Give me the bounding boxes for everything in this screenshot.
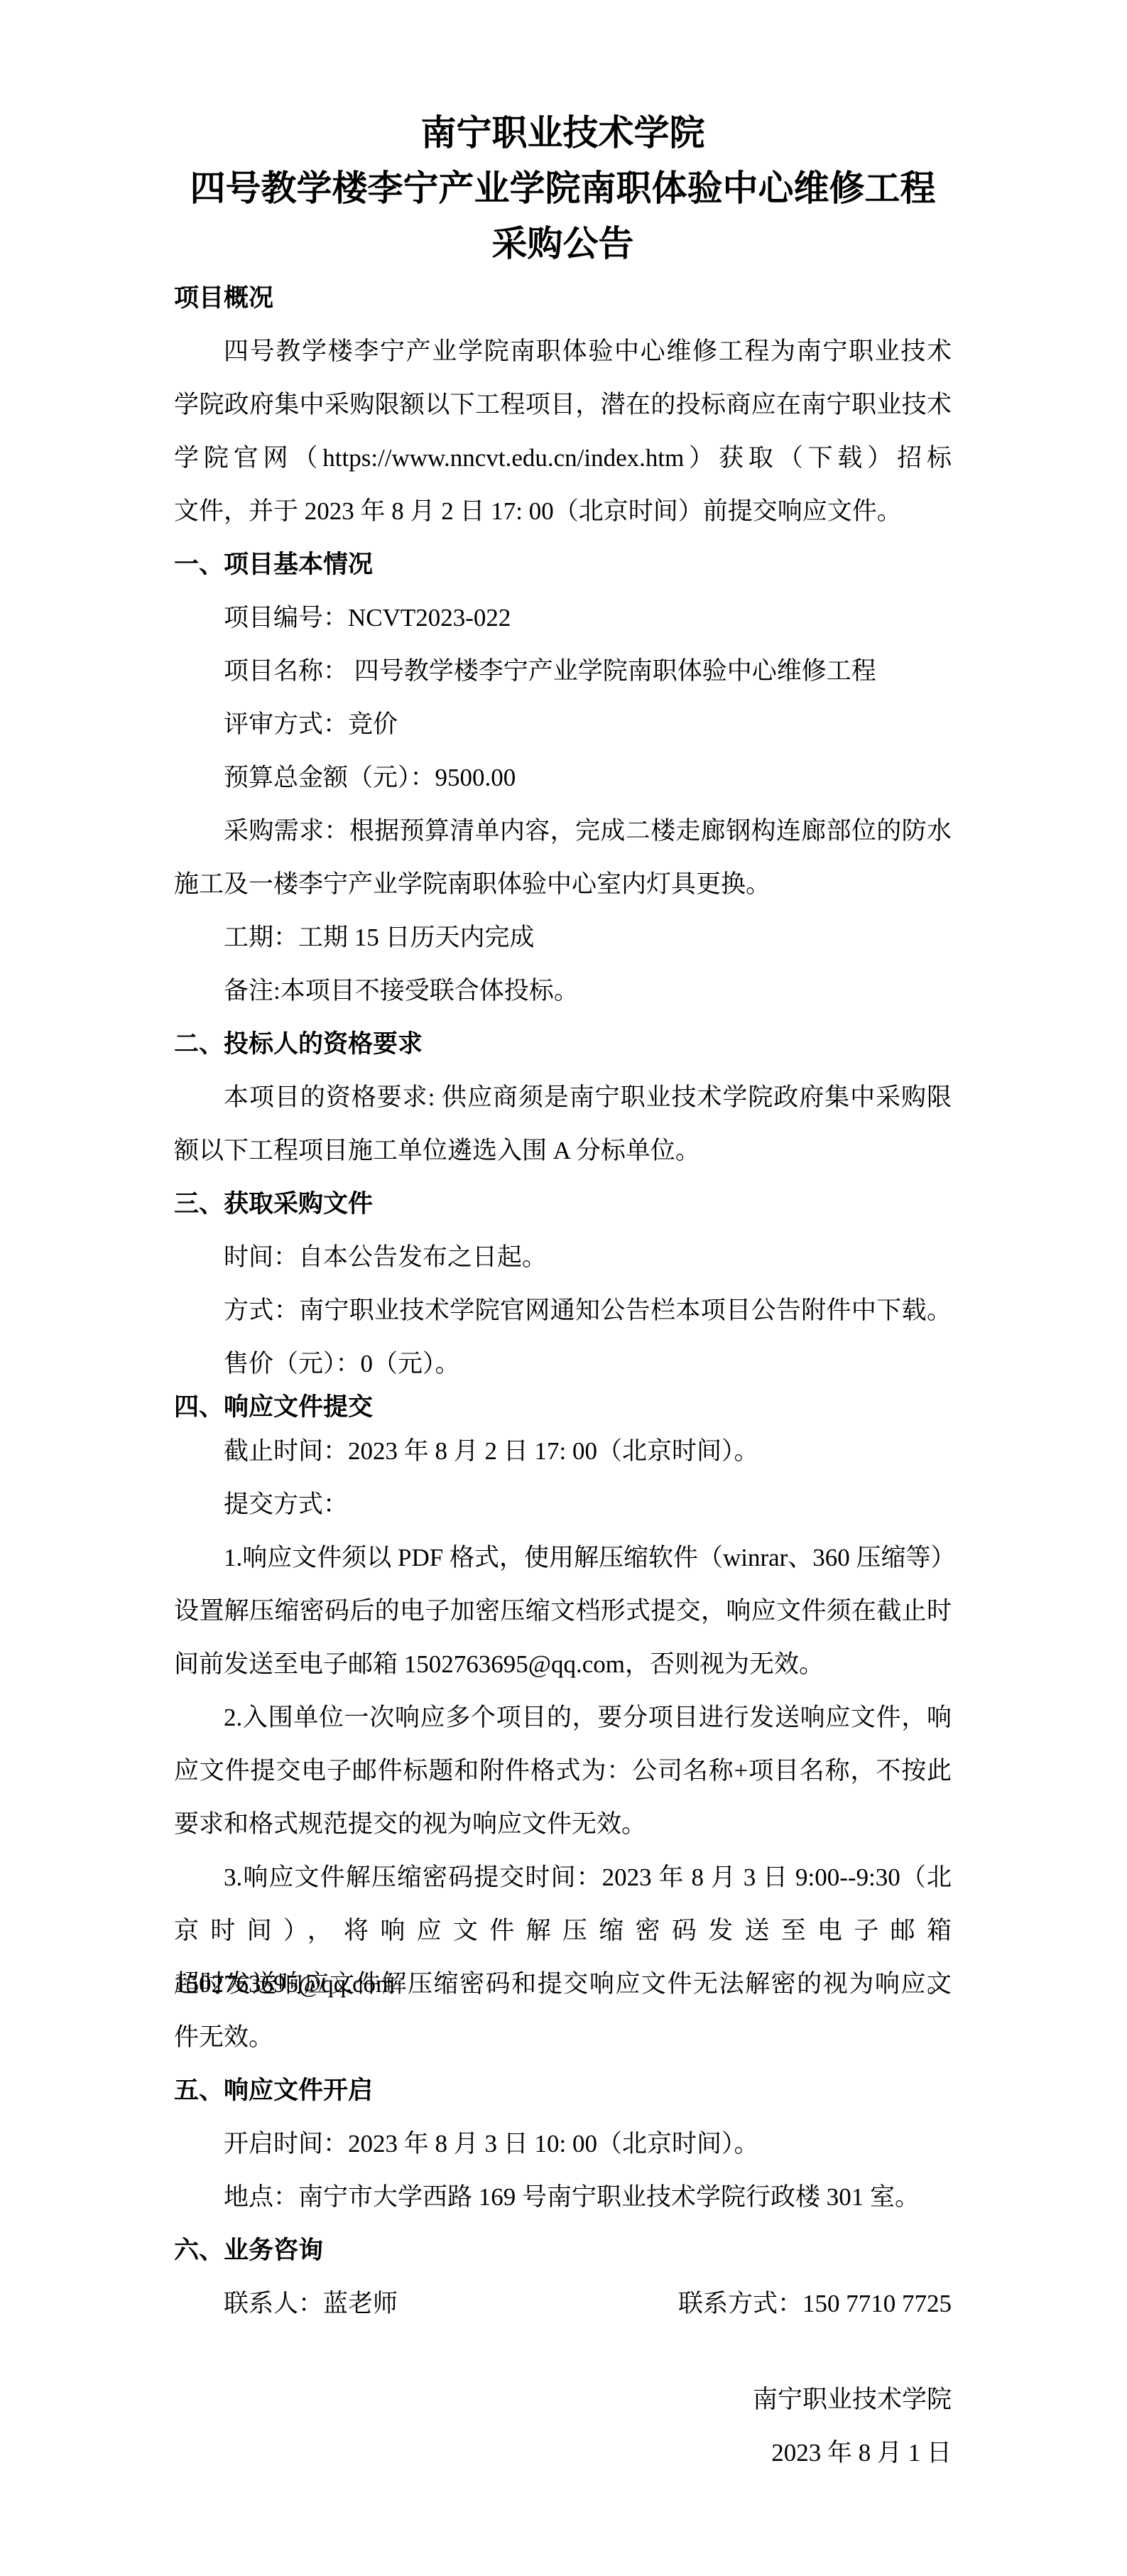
section-heading: 四、响应文件提交 bbox=[174, 1390, 952, 1424]
title-line: 南宁职业技术学院 bbox=[174, 105, 952, 161]
body-line: 截止时间：2023 年 8 月 2 日 17: 00（北京时间）。 bbox=[174, 1424, 952, 1478]
body-line: 2.入围单位一次响应多个项目的，要分项目进行发送响应文件，响 bbox=[174, 1691, 952, 1744]
procurement-announcement-page: 南宁职业技术学院四号教学楼李宁产业学院南职体验中心维修工程采购公告项目概况四号教… bbox=[0, 0, 1127, 2576]
contact-phone: 联系方式：150 7710 7725 bbox=[678, 2277, 952, 2330]
body-line: 设置解压缩密码后的电子加密压缩文档形式提交，响应文件须在截止时 bbox=[174, 1584, 952, 1638]
section-heading: 项目概况 bbox=[174, 271, 952, 325]
body-line: 件无效。 bbox=[174, 2011, 952, 2064]
body-line: 地点：南宁市大学西路 169 号南宁职业技术学院行政楼 301 室。 bbox=[174, 2170, 952, 2224]
contact-row: 联系人：蓝老师 联系方式：150 7710 7725 bbox=[174, 2277, 952, 2330]
body-line: 备注:本项目不接受联合体投标。 bbox=[174, 964, 952, 1017]
body-line: 工期：工期 15 日历天内完成 bbox=[174, 911, 952, 964]
signature-org: 南宁职业技术学院 bbox=[174, 2373, 952, 2426]
body-line: 1.响应文件须以 PDF 格式，使用解压缩软件（winrar、360 压缩等） bbox=[174, 1531, 952, 1584]
body-line: 时间：自本公告发布之日起。 bbox=[174, 1230, 952, 1284]
body-line: 京时间），将响应文件解压缩密码发送至电子邮箱 1502763695@qq.com… bbox=[174, 1904, 952, 1957]
body-line: 间前发送至电子邮箱 1502763695@qq.com，否则视为无效。 bbox=[174, 1638, 952, 1691]
body-line: 预算总金额（元）：9500.00 bbox=[174, 751, 952, 804]
section-heading: 三、获取采购文件 bbox=[174, 1177, 952, 1230]
contact-person: 联系人：蓝老师 bbox=[224, 2277, 398, 2330]
body-line: 评审方式：竞价 bbox=[174, 698, 952, 751]
body-line: 项目编号：NCVT2023-022 bbox=[174, 591, 952, 644]
body-line: 要求和格式规范提交的视为响应文件无效。 bbox=[174, 1797, 952, 1851]
signature-block: 南宁职业技术学院 2023 年 8 月 1 日 bbox=[174, 2373, 952, 2479]
section-heading: 一、项目基本情况 bbox=[174, 538, 952, 591]
body-line: 超时发送响应文件解压缩密码和提交响应文件无法解密的视为响应文 bbox=[174, 1957, 952, 2011]
body-line: 施工及一楼李宁产业学院南职体验中心室内灯具更换。 bbox=[174, 857, 952, 911]
section-heading: 五、响应文件开启 bbox=[174, 2064, 952, 2117]
body-line: 项目名称： 四号教学楼李宁产业学院南职体验中心维修工程 bbox=[174, 644, 952, 698]
body-line: 应文件提交电子邮件标题和附件格式为：公司名称+项目名称，不按此 bbox=[174, 1744, 952, 1797]
body-line: 额以下工程项目施工单位遴选入围 A 分标单位。 bbox=[174, 1124, 952, 1177]
body-line: 文件，并于 2023 年 8 月 2 日 17: 00（北京时间）前提交响应文件… bbox=[174, 485, 952, 538]
body-line: 3.响应文件解压缩密码提交时间：2023 年 8 月 3 日 9:00--9:3… bbox=[174, 1851, 952, 1904]
body-line: 开启时间：2023 年 8 月 3 日 10: 00（北京时间）。 bbox=[174, 2117, 952, 2170]
body-line: 学院官网（https://www.nncvt.edu.cn/index.htm）… bbox=[174, 431, 952, 485]
title-line: 四号教学楼李宁产业学院南职体验中心维修工程 bbox=[174, 161, 952, 216]
section-heading: 二、投标人的资格要求 bbox=[174, 1017, 952, 1071]
body-line: 提交方式： bbox=[174, 1478, 952, 1531]
title-line: 采购公告 bbox=[174, 216, 952, 271]
section-heading: 六、业务咨询 bbox=[174, 2224, 952, 2277]
body-line: 学院政府集中采购限额以下工程项目，潜在的投标商应在南宁职业技术 bbox=[174, 378, 952, 431]
document-body: 南宁职业技术学院四号教学楼李宁产业学院南职体验中心维修工程采购公告项目概况四号教… bbox=[174, 105, 952, 2277]
body-line: 四号教学楼李宁产业学院南职体验中心维修工程为南宁职业技术 bbox=[174, 325, 952, 378]
signature-date: 2023 年 8 月 1 日 bbox=[174, 2426, 952, 2479]
body-line: 方式：南宁职业技术学院官网通知公告栏本项目公告附件中下载。 bbox=[174, 1284, 952, 1337]
body-line: 采购需求：根据预算清单内容，完成二楼走廊钢构连廊部位的防水 bbox=[174, 804, 952, 857]
body-line: 本项目的资格要求: 供应商须是南宁职业技术学院政府集中采购限 bbox=[174, 1071, 952, 1124]
body-line: 售价（元）：0（元）。 bbox=[174, 1337, 952, 1390]
